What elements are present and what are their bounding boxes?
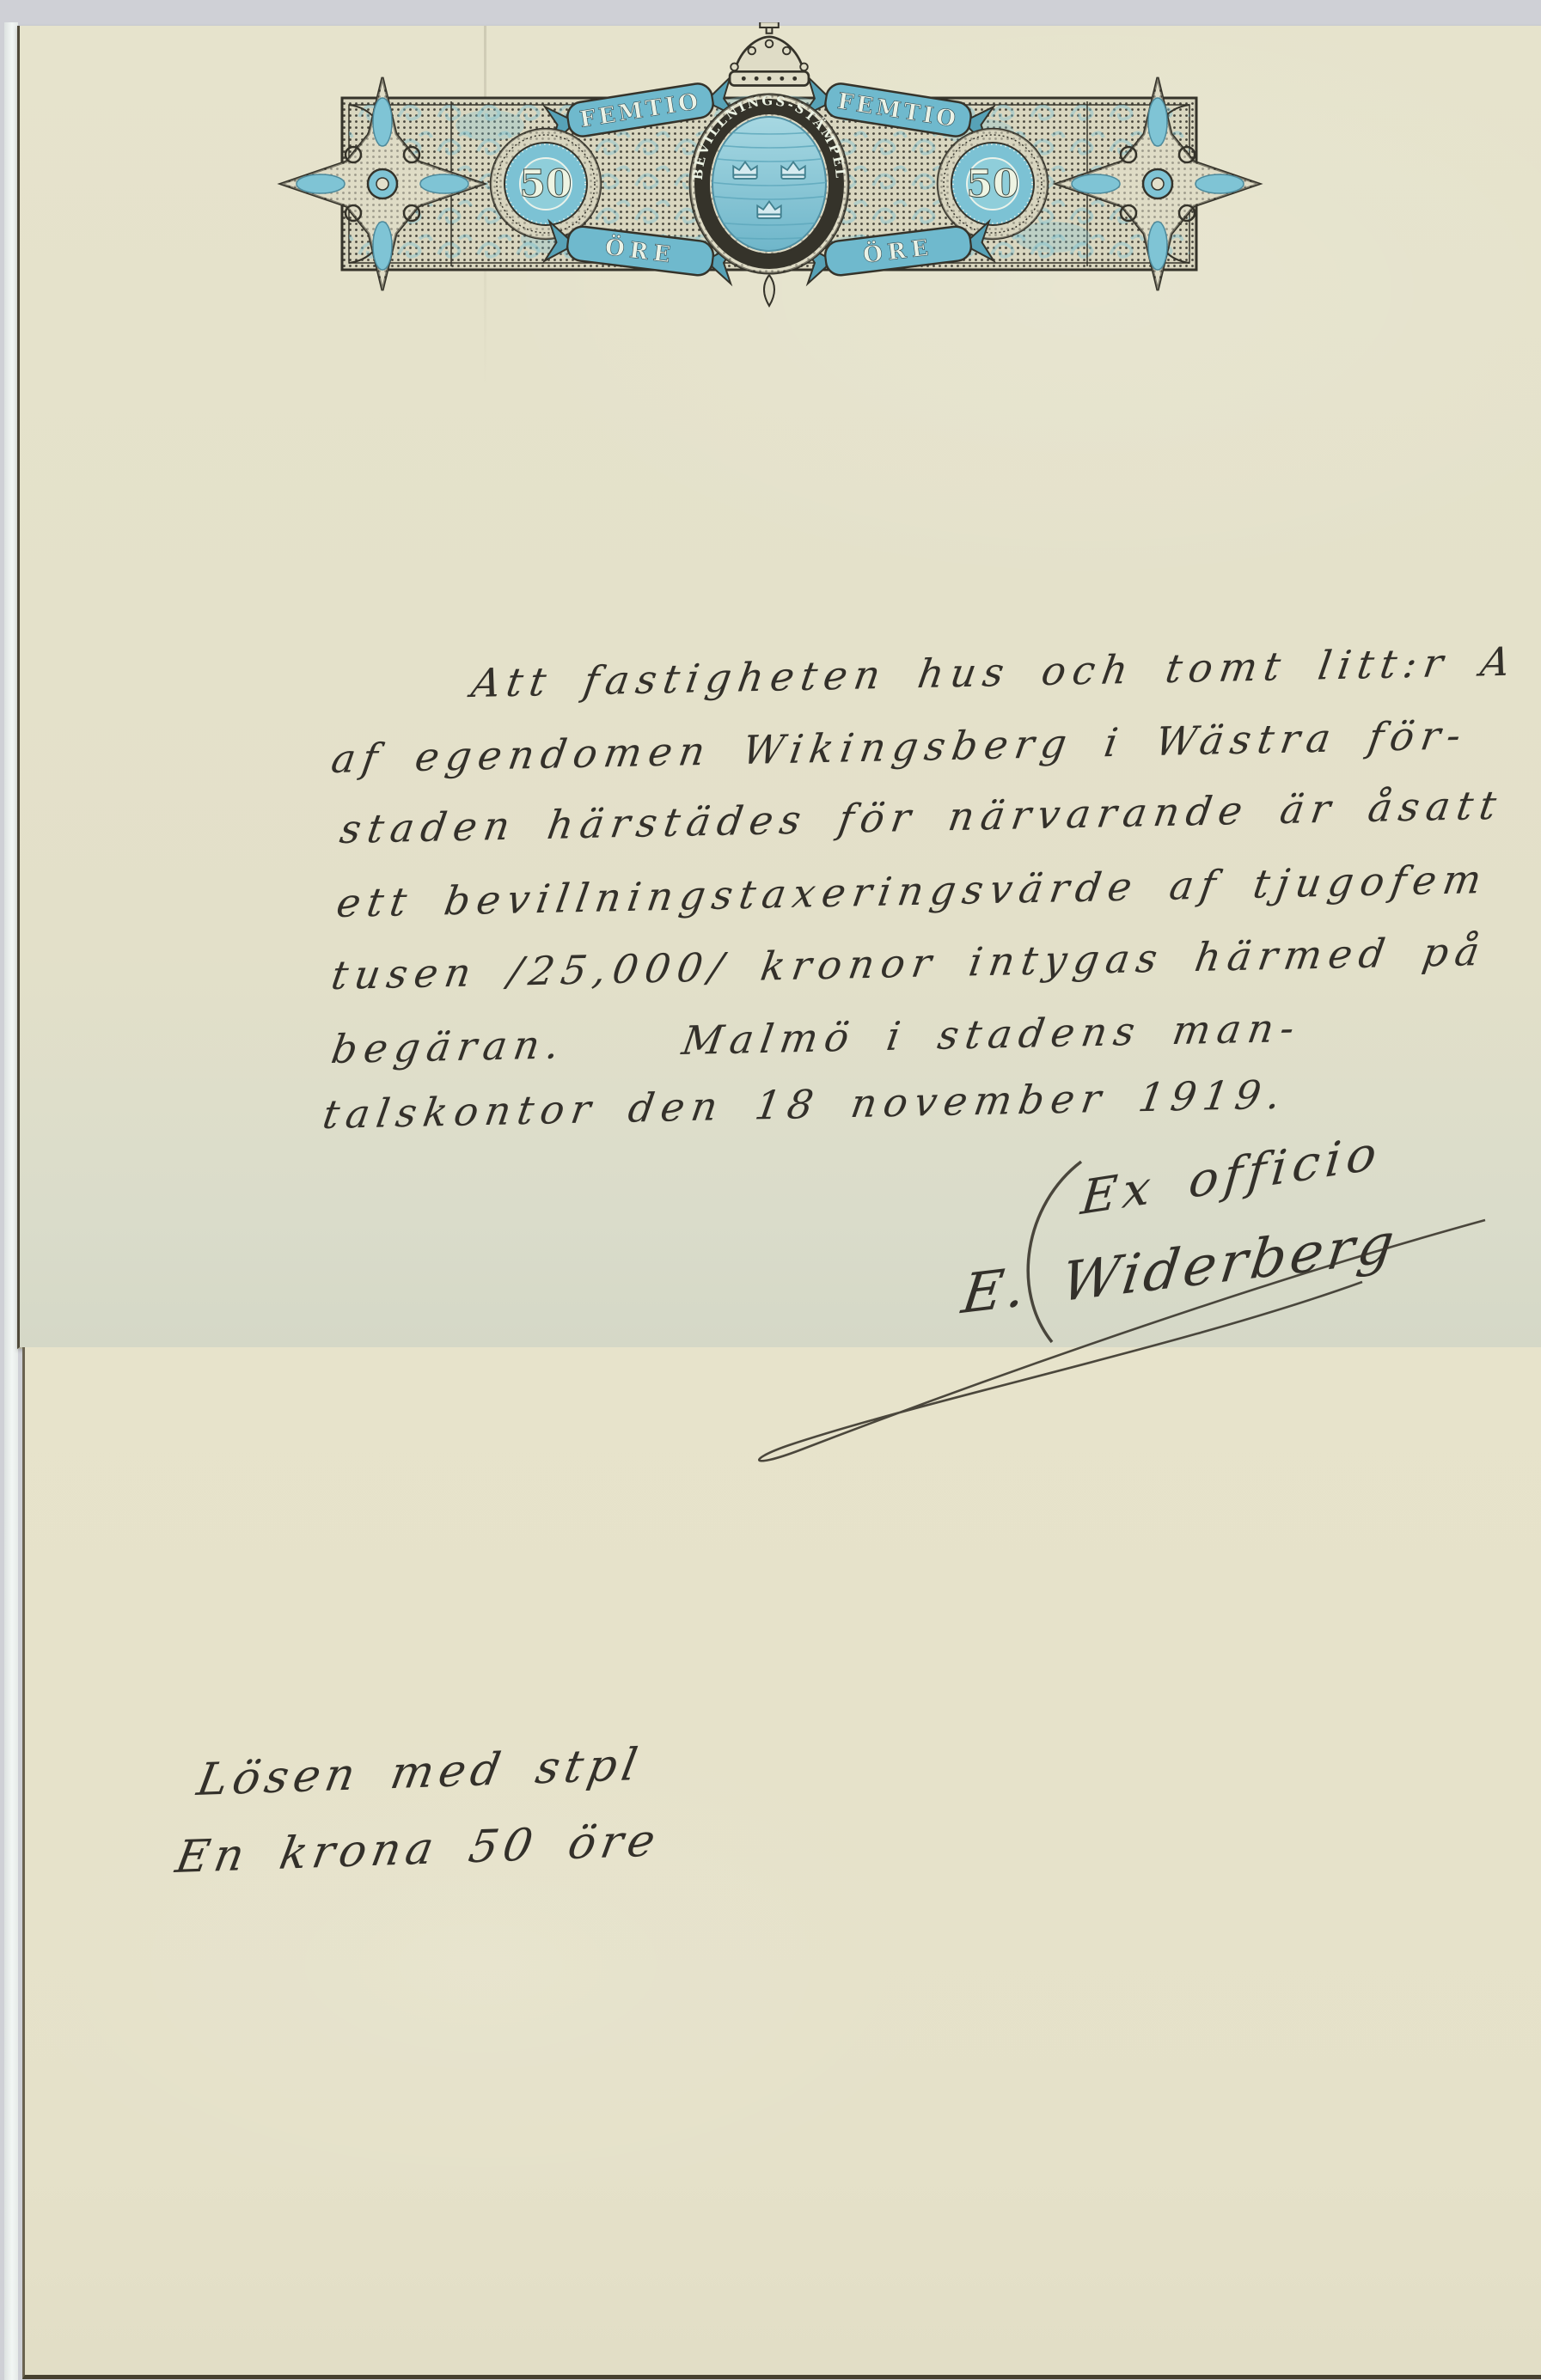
handwritten-line-6a: begäran. (328, 1021, 570, 1072)
fifty-text-right: 50 (966, 162, 1018, 206)
crown-icon (730, 22, 809, 86)
fifty-medallion-right: 50 (938, 129, 1048, 239)
pendant-ornament (764, 275, 774, 306)
revenue-stamp-header: FEMTIO FEMTIO 50 50 ÖRE ÖRE (275, 22, 1285, 308)
fifty-medallion-left: 50 (491, 129, 601, 239)
scanned-document: FEMTIO FEMTIO 50 50 ÖRE ÖRE (0, 0, 1541, 2380)
scanner-edge-gap (4, 22, 18, 2380)
fifty-text-left: 50 (519, 162, 572, 206)
